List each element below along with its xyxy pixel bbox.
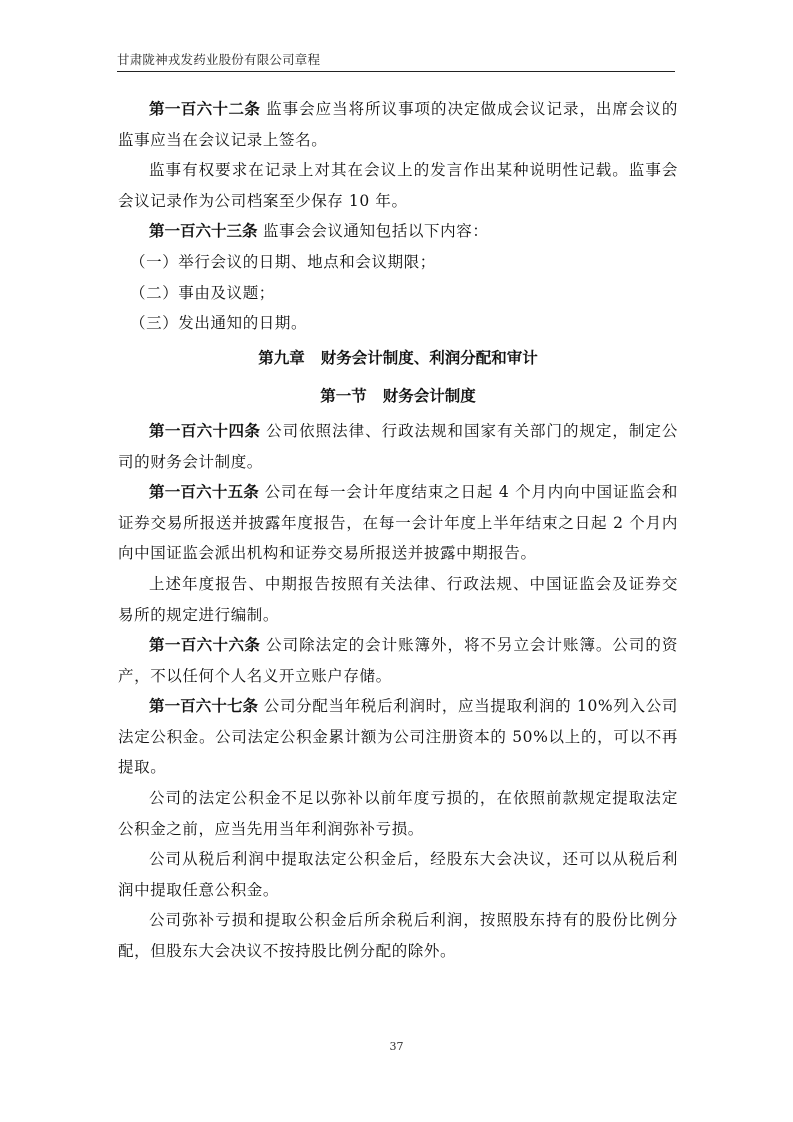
document-body: 第一百六十二条 监事会应当将所议事项的决定做成会议记录，出席会议的监事应当在会议…	[118, 94, 678, 967]
article-label: 第一百六十七条	[149, 697, 258, 715]
list-item: （三）发出通知的日期。	[118, 308, 678, 339]
article-label: 第一百六十五条	[149, 483, 259, 501]
page-header: 甘肃陇神戎发药业股份有限公司章程	[117, 52, 675, 72]
article-165-paragraph-2: 上述年度报告、中期报告按照有关法律、行政法规、中国证监会及证券交易所的规定进行编…	[118, 569, 678, 630]
article-162-paragraph-2: 监事有权要求在记录上对其在会议上的发言作出某种说明性记载。监事会会议记录作为公司…	[118, 155, 678, 216]
article-label: 第一百六十二条	[149, 100, 260, 118]
section-title: 财务会计制度	[383, 387, 476, 405]
page-number: 37	[0, 1040, 793, 1053]
article-162: 第一百六十二条 监事会应当将所议事项的决定做成会议记录，出席会议的监事应当在会议…	[118, 94, 678, 155]
list-item: （二）事由及议题；	[118, 278, 678, 309]
header-divider	[117, 71, 675, 72]
article-166: 第一百六十六条 公司除法定的会计账簿外，将不另立会计账簿。公司的资产，不以任何个…	[118, 630, 678, 691]
chapter-title: 财务会计制度、利润分配和审计	[321, 349, 538, 367]
chapter-heading: 第九章财务会计制度、利润分配和审计	[118, 339, 678, 378]
article-167-paragraph-2: 公司的法定公积金不足以弥补以前年度亏损的，在依照前款规定提取法定公积金之前，应当…	[118, 783, 678, 844]
section-heading: 第一节财务会计制度	[118, 377, 678, 416]
section-number: 第一节	[320, 387, 367, 405]
article-167: 第一百六十七条 公司分配当年税后利润时，应当提取利润的 10%列入公司法定公积金…	[118, 691, 678, 783]
document-title: 甘肃陇神戎发药业股份有限公司章程	[117, 52, 675, 68]
article-167-paragraph-4: 公司弥补亏损和提取公积金后所余税后利润，按照股东持有的股份比例分配，但股东大会决…	[118, 905, 678, 966]
article-text: 监事会会议通知包括以下内容：	[258, 222, 489, 240]
article-label: 第一百六十四条	[149, 422, 260, 440]
article-163: 第一百六十三条 监事会会议通知包括以下内容：	[118, 216, 678, 247]
article-165: 第一百六十五条 公司在每一会计年度结束之日起 4 个月内向中国证监会和证券交易所…	[118, 477, 678, 569]
article-164: 第一百六十四条 公司依照法律、行政法规和国家有关部门的规定，制定公司的财务会计制…	[118, 416, 678, 477]
chapter-number: 第九章	[258, 349, 305, 367]
article-label: 第一百六十三条	[149, 222, 258, 240]
article-label: 第一百六十六条	[149, 636, 260, 654]
list-item: （一）举行会议的日期、地点和会议期限；	[118, 247, 678, 278]
article-167-paragraph-3: 公司从税后利润中提取法定公积金后，经股东大会决议，还可以从税后利润中提取任意公积…	[118, 844, 678, 905]
